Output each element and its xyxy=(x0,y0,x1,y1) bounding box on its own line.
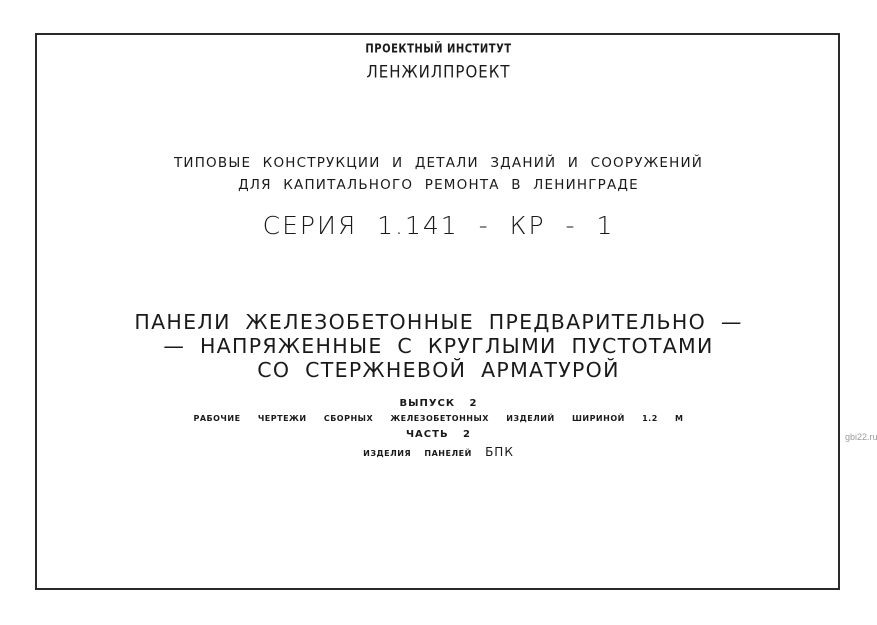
part-number: Часть 2 xyxy=(0,429,877,440)
part-description: изделия панелей БПК xyxy=(0,445,877,459)
main-title-line-1: Панели железобетонные предварительно — xyxy=(0,312,877,333)
collection-title-line-1: Типовые конструкции и детали зданий и со… xyxy=(0,155,877,171)
issue-number: Выпуск 2 xyxy=(0,398,877,409)
main-title-line-3: со стержневой арматурой xyxy=(0,360,877,381)
main-title-line-2: — напряженные с круглыми пустотами xyxy=(0,336,877,357)
product-code: БПК xyxy=(485,445,514,459)
institute-label: Проектный институт xyxy=(0,43,877,56)
issue-description: рабочие чертежи сборных железобетонных и… xyxy=(0,414,877,423)
part-description-prefix: изделия панелей xyxy=(363,449,472,458)
collection-title-line-2: для капитального ремонта в Ленинграде xyxy=(0,177,877,193)
institute-name: Ленжилпроект xyxy=(0,62,877,82)
watermark: gbi22.ru xyxy=(845,432,877,442)
series-number: Серия 1.141 - КР - 1 xyxy=(0,211,877,240)
